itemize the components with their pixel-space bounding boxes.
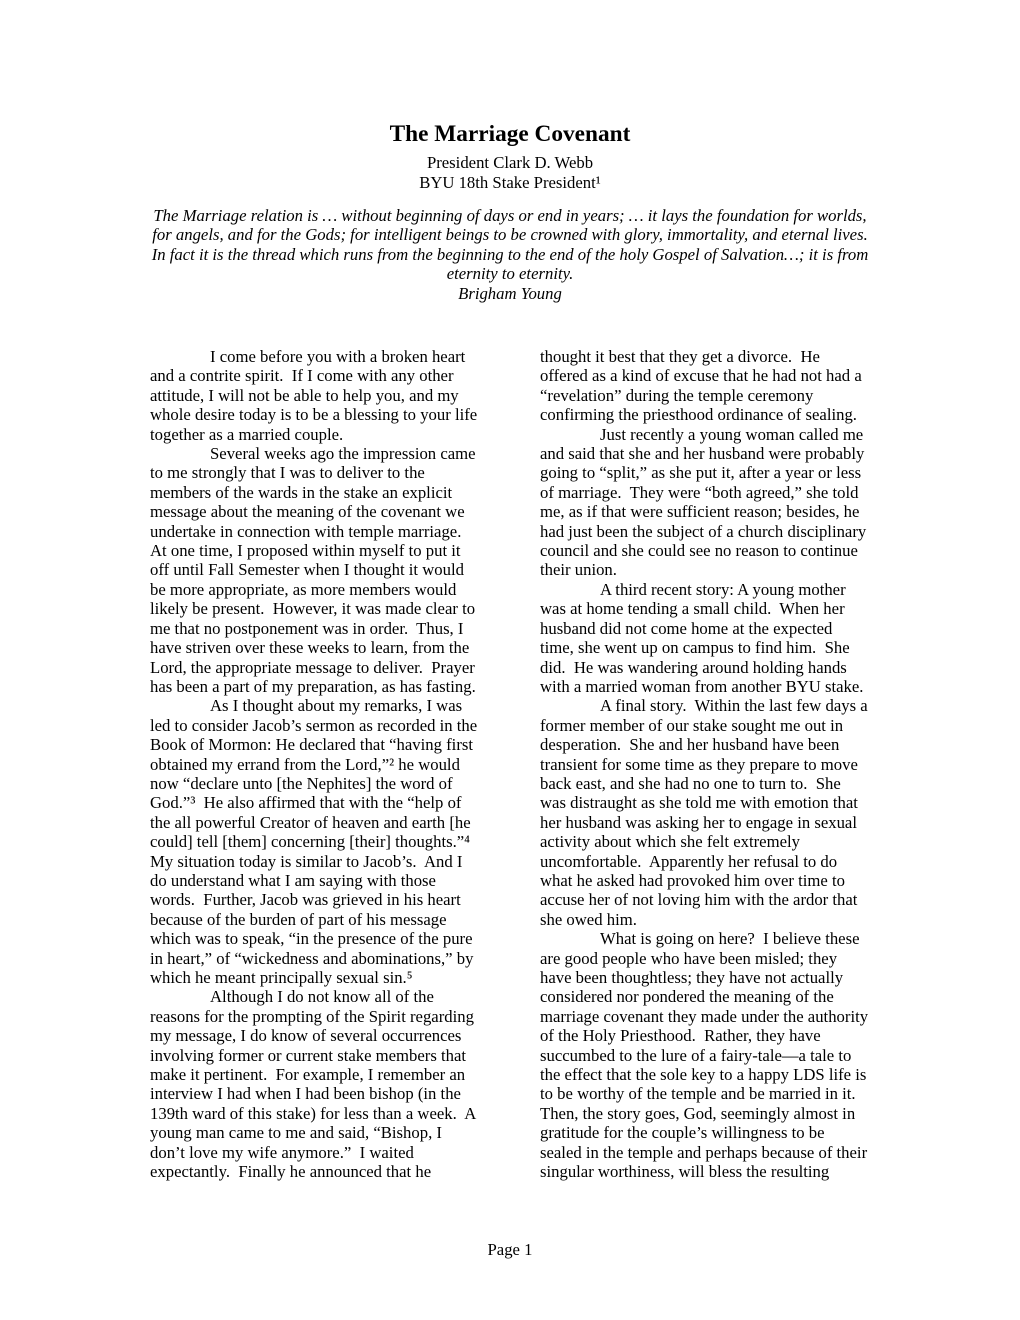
paragraph-impression: Several weeks ago the impression came to… xyxy=(150,444,480,696)
body-columns: I come before you with a broken heart an… xyxy=(150,347,870,1181)
paragraph-occurrences: Although I do not know all of the reason… xyxy=(150,987,480,1181)
left-column: I come before you with a broken heart an… xyxy=(150,347,480,1181)
paragraph-jacob-sermon: As I thought about my remarks, I was led… xyxy=(150,696,480,987)
document-header: The Marriage Covenant President Clark D.… xyxy=(150,121,870,193)
paragraph-final-story: A final story. Within the last few days … xyxy=(540,696,870,929)
document-title: The Marriage Covenant xyxy=(150,121,870,148)
paragraph-intro: I come before you with a broken heart an… xyxy=(150,347,480,444)
paragraph-young-woman: Just recently a young woman called me an… xyxy=(540,425,870,580)
right-column: thought it best that they get a divorce.… xyxy=(540,347,870,1181)
epigraph-attribution: Brigham Young xyxy=(150,284,870,303)
document-page: The Marriage Covenant President Clark D.… xyxy=(0,0,1020,1320)
author-name: President Clark D. Webb xyxy=(150,153,870,173)
epigraph: The Marriage relation is … without begin… xyxy=(150,206,870,303)
page-number: Page 1 xyxy=(488,1240,533,1259)
author-role: BYU 18th Stake President¹ xyxy=(150,173,870,193)
page-footer: Page 1 xyxy=(0,1240,1020,1260)
paragraph-divorce-continuation: thought it best that they get a divorce.… xyxy=(540,347,870,425)
paragraph-third-story: A third recent story: A young mother was… xyxy=(540,580,870,696)
epigraph-text: The Marriage relation is … without begin… xyxy=(150,206,870,284)
paragraph-what-is-going-on: What is going on here? I believe these a… xyxy=(540,929,870,1181)
